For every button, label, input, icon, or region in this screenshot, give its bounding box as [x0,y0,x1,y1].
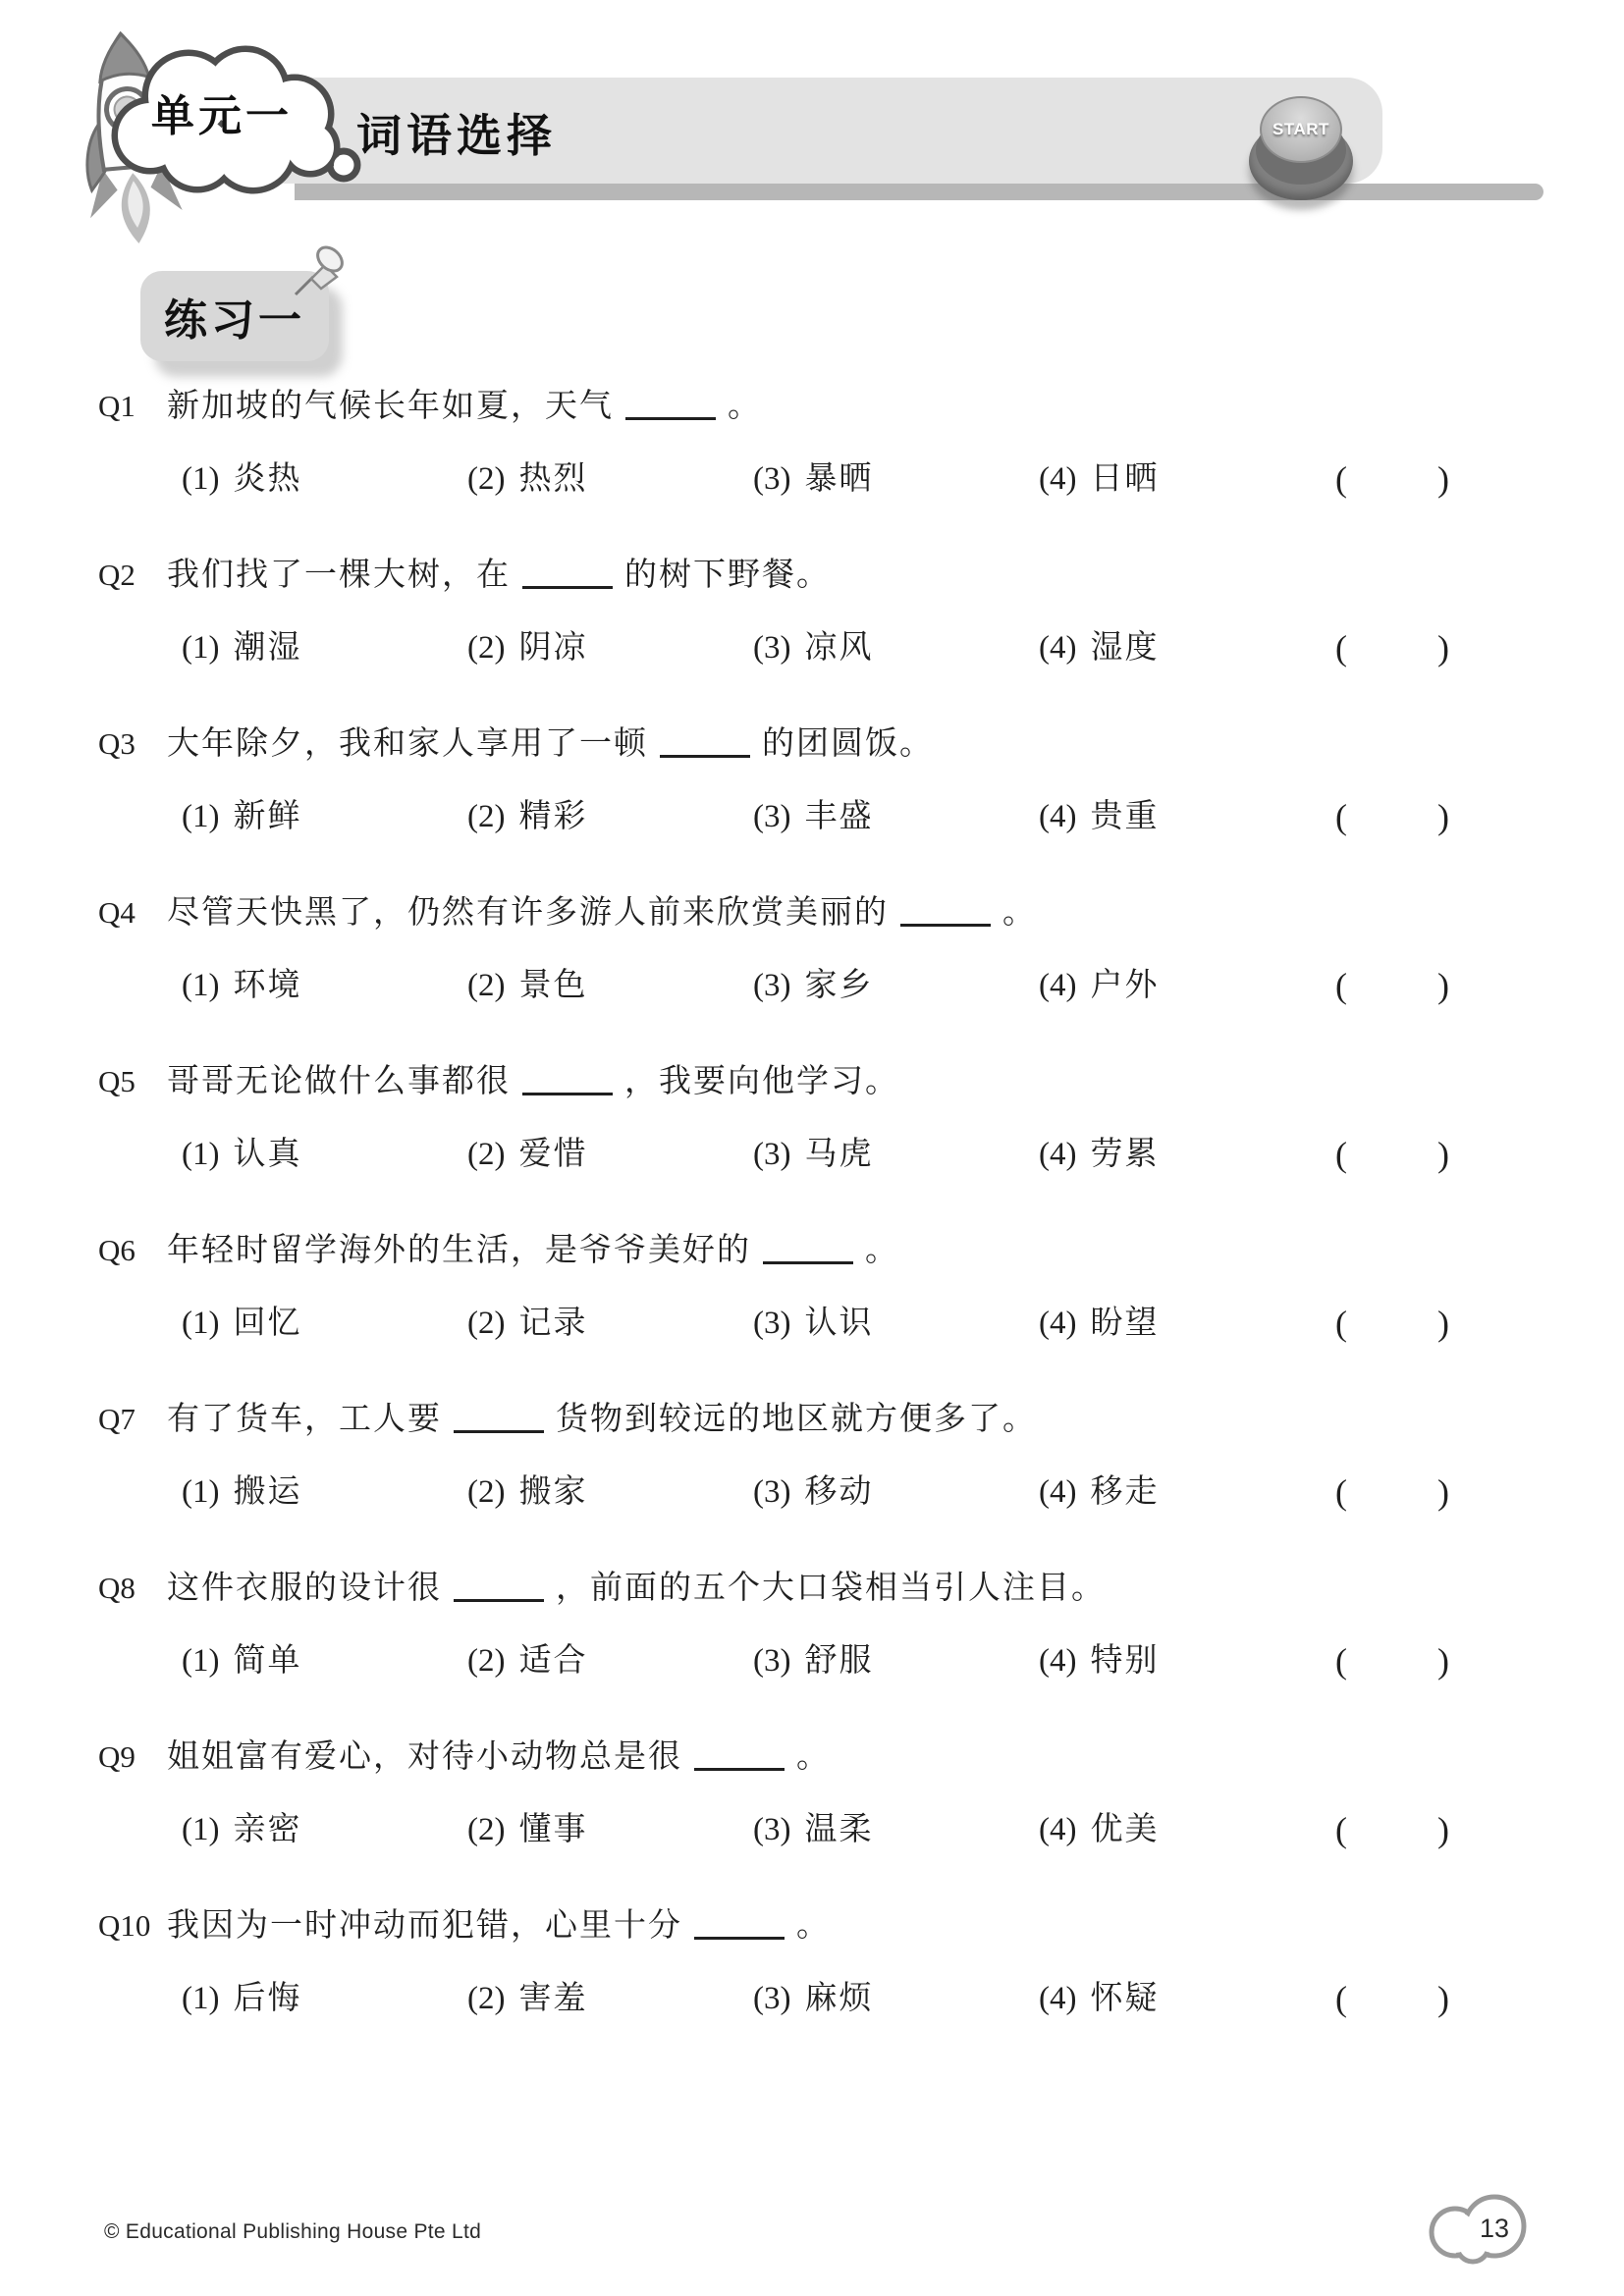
option-label: 潮湿 [233,630,301,666]
option-3[interactable]: (3)舒服 [753,1637,873,1684]
answer-paren-close: ) [1437,1468,1449,1516]
question-sentence: Q8 这件衣服的设计很，前面的五个大口袋相当引人注目。 [0,1565,1624,1612]
answer-blank[interactable] [660,744,750,758]
option-label: 移走 [1090,1474,1159,1510]
answer-paren-open: ( [1335,455,1347,503]
answer-blank[interactable] [522,1082,613,1095]
option-label: 懂事 [518,1812,587,1847]
answer-box[interactable]: ( ) [1335,1300,1449,1347]
option-number: (2) [467,1981,505,2016]
option-4[interactable]: (4)户外 [1039,962,1159,1009]
options-row: (1)潮湿 (2)阴凉 (3)凉风 (4)湿度 ( ) [0,624,1624,671]
question-pre: 尽管天快黑了，仍然有许多游人前来欣赏美丽的 [167,895,889,931]
option-number: (2) [467,1306,505,1341]
answer-paren-open: ( [1335,1468,1347,1516]
option-number: (4) [1039,1643,1076,1679]
answer-paren-close: ) [1437,1637,1449,1684]
option-3[interactable]: (3)凉风 [753,624,873,671]
option-label: 怀疑 [1090,1981,1159,2016]
answer-box[interactable]: ( ) [1335,962,1449,1009]
option-4[interactable]: (4)盼望 [1039,1300,1159,1347]
option-number: (1) [182,1812,219,1847]
unit-cloud-bubble: 单元一 [96,37,371,204]
worksheet-page: 3. 词语选择 [0,0,1624,2296]
options-row: (1)新鲜 (2)精彩 (3)丰盛 (4)贵重 ( ) [0,793,1624,840]
question-id: Q2 [98,552,135,599]
option-label: 贵重 [1090,799,1159,834]
option-2[interactable]: (2)害羞 [467,1975,587,2022]
question-post: ，我要向他学习。 [624,1064,899,1099]
option-label: 特别 [1090,1643,1159,1679]
option-label: 认识 [804,1306,873,1341]
question-id: Q1 [98,383,135,430]
option-number: (3) [753,1137,790,1172]
option-3[interactable]: (3)家乡 [753,962,873,1009]
options-row: (1)后悔 (2)害羞 (3)麻烦 (4)怀疑 ( ) [0,1975,1624,2022]
answer-box[interactable]: ( ) [1335,1637,1449,1684]
answer-paren-open: ( [1335,1637,1347,1684]
option-number: (1) [182,1643,219,1679]
answer-paren-close: ) [1437,455,1449,503]
question-post: 。 [728,389,762,424]
option-label: 热烈 [518,461,587,497]
question-id: Q10 [98,1902,150,1949]
option-number: (4) [1039,630,1076,666]
question-row: Q2 我们找了一棵大树，在的树下野餐。 (1)潮湿 (2)阴凉 (3)凉风 (4… [0,552,1624,671]
option-3[interactable]: (3)马虎 [753,1131,873,1178]
option-number: (3) [753,1981,790,2016]
answer-paren-close: ) [1437,1131,1449,1178]
option-label: 凉风 [804,630,873,666]
option-number: (1) [182,1981,219,2016]
page-number: 13 [1480,2214,1509,2243]
question-sentence: Q3 大年除夕，我和家人享用了一顿的团圆饭。 [0,721,1624,768]
option-label: 景色 [518,968,587,1003]
option-number: (4) [1039,799,1076,834]
option-1[interactable]: (1)潮湿 [182,624,301,671]
option-label: 搬家 [518,1474,587,1510]
option-1[interactable]: (1)搬运 [182,1468,301,1516]
question-sentence: Q10 我因为一时冲动而犯错，心里十分。 [0,1902,1624,1949]
option-2[interactable]: (2)懂事 [467,1806,587,1853]
question-pre: 年轻时留学海外的生活，是爷爷美好的 [167,1233,751,1268]
option-number: (4) [1039,968,1076,1003]
option-number: (2) [467,461,505,497]
option-1[interactable]: (1)环境 [182,962,301,1009]
option-label: 盼望 [1090,1306,1159,1341]
option-4[interactable]: (4)湿度 [1039,624,1159,671]
answer-box[interactable]: ( ) [1335,1806,1449,1853]
answer-blank[interactable] [625,406,716,420]
option-number: (2) [467,968,505,1003]
option-number: (2) [467,1812,505,1847]
option-number: (1) [182,968,219,1003]
option-number: (3) [753,461,790,497]
start-button-cap: START [1260,96,1342,163]
question-row: Q7 有了货车，工人要货物到较远的地区就方便多了。 (1)搬运 (2)搬家 (3… [0,1396,1624,1516]
option-number: (1) [182,1474,219,1510]
option-number: (1) [182,799,219,834]
option-label: 马虎 [804,1137,873,1172]
options-row: (1)搬运 (2)搬家 (3)移动 (4)移走 ( ) [0,1468,1624,1516]
question-post: ，前面的五个大口袋相当引人注目。 [556,1571,1106,1606]
answer-paren-open: ( [1335,1806,1347,1853]
option-number: (1) [182,1137,219,1172]
option-number: (2) [467,1474,505,1510]
question-row: Q5 哥哥无论做什么事都很，我要向他学习。 (1)认真 (2)爱惜 (3)马虎 … [0,1058,1624,1178]
option-number: (3) [753,1474,790,1510]
options-row: (1)认真 (2)爱惜 (3)马虎 (4)劳累 ( ) [0,1131,1624,1178]
question-id: Q6 [98,1227,135,1274]
header-band-shadow [295,184,1543,200]
option-label: 优美 [1090,1812,1159,1847]
option-2[interactable]: (2)爱惜 [467,1131,587,1178]
page-number-cloud: 13 [1422,2183,1536,2268]
answer-paren-open: ( [1335,1975,1347,2022]
option-number: (3) [753,1812,790,1847]
option-label: 记录 [518,1306,587,1341]
option-label: 温柔 [804,1812,873,1847]
answer-box[interactable]: ( ) [1335,455,1449,503]
answer-paren-close: ) [1437,793,1449,840]
option-3[interactable]: (3)丰盛 [753,793,873,840]
option-label: 移动 [804,1474,873,1510]
answer-paren-close: ) [1437,1300,1449,1347]
option-2[interactable]: (2)阴凉 [467,624,587,671]
options-row: (1)亲密 (2)懂事 (3)温柔 (4)优美 ( ) [0,1806,1624,1853]
question-pre: 新加坡的气候长年如夏，天气 [167,389,614,424]
options-row: (1)简单 (2)适合 (3)舒服 (4)特别 ( ) [0,1637,1624,1684]
question-pre: 哥哥无论做什么事都很 [167,1064,511,1099]
question-sentence: Q6 年轻时留学海外的生活，是爷爷美好的。 [0,1227,1624,1274]
question-post: 。 [1002,895,1037,931]
option-2[interactable]: (2)搬家 [467,1468,587,1516]
option-number: (4) [1039,1137,1076,1172]
option-2[interactable]: (2)景色 [467,962,587,1009]
answer-blank[interactable] [763,1251,853,1264]
option-number: (1) [182,461,219,497]
option-4[interactable]: (4)怀疑 [1039,1975,1159,2022]
question-row: Q10 我因为一时冲动而犯错，心里十分。 (1)后悔 (2)害羞 (3)麻烦 (… [0,1902,1624,2022]
question-post: 。 [796,1908,831,1944]
question-post: 的树下野餐。 [624,558,831,593]
option-label: 认真 [233,1137,301,1172]
question-post: 的团圆饭。 [762,726,934,762]
option-1[interactable]: (1)炎热 [182,455,301,503]
option-label: 爱惜 [518,1137,587,1172]
option-1[interactable]: (1)亲密 [182,1806,301,1853]
option-2[interactable]: (2)精彩 [467,793,587,840]
option-4[interactable]: (4)优美 [1039,1806,1159,1853]
option-1[interactable]: (1)回忆 [182,1300,301,1347]
option-label: 环境 [233,968,301,1003]
option-3[interactable]: (3)麻烦 [753,1975,873,2022]
question-id: Q4 [98,889,135,936]
option-label: 暴晒 [804,461,873,497]
option-label: 新鲜 [233,799,301,834]
question-id: Q8 [98,1565,135,1612]
option-number: (2) [467,1643,505,1679]
question-row: Q8 这件衣服的设计很，前面的五个大口袋相当引人注目。 (1)简单 (2)适合 … [0,1565,1624,1684]
answer-paren-open: ( [1335,1300,1347,1347]
options-row: (1)回忆 (2)记录 (3)认识 (4)盼望 ( ) [0,1300,1624,1347]
answer-paren-open: ( [1335,962,1347,1009]
question-row: Q9 姐姐富有爱心，对待小动物总是很。 (1)亲密 (2)懂事 (3)温柔 (4… [0,1734,1624,1853]
option-1[interactable]: (1)简单 [182,1637,301,1684]
option-1[interactable]: (1)后悔 [182,1975,301,2022]
copyright-text: © Educational Publishing House Pte Ltd [104,2220,481,2244]
answer-blank[interactable] [454,1419,544,1433]
unit-label: 单元一 [96,37,348,187]
answer-paren-close: ) [1437,1975,1449,2022]
question-sentence: Q2 我们找了一棵大树，在的树下野餐。 [0,552,1624,599]
option-number: (3) [753,968,790,1003]
option-4[interactable]: (4)贵重 [1039,793,1159,840]
pushpin-icon [288,240,349,300]
option-4[interactable]: (4)劳累 [1039,1131,1159,1178]
option-label: 回忆 [233,1306,301,1341]
option-3[interactable]: (3)温柔 [753,1806,873,1853]
option-number: (2) [467,630,505,666]
option-label: 亲密 [233,1812,301,1847]
answer-box[interactable]: ( ) [1335,793,1449,840]
question-sentence: Q5 哥哥无论做什么事都很，我要向他学习。 [0,1058,1624,1105]
question-row: Q4 尽管天快黑了，仍然有许多游人前来欣赏美丽的。 (1)环境 (2)景色 (3… [0,889,1624,1009]
answer-box[interactable]: ( ) [1335,1468,1449,1516]
answer-paren-close: ) [1437,1806,1449,1853]
answer-blank[interactable] [694,1757,785,1771]
question-row: Q1 新加坡的气候长年如夏，天气。 (1)炎热 (2)热烈 (3)暴晒 (4)日… [0,383,1624,503]
option-label: 阴凉 [518,630,587,666]
answer-box[interactable]: ( ) [1335,1975,1449,2022]
option-label: 丰盛 [804,799,873,834]
option-4[interactable]: (4)移走 [1039,1468,1159,1516]
option-number: (4) [1039,1474,1076,1510]
option-4[interactable]: (4)日晒 [1039,455,1159,503]
question-pre: 我因为一时冲动而犯错，心里十分 [167,1908,682,1944]
question-post: 货物到较远的地区就方便多了。 [556,1402,1037,1437]
answer-paren-open: ( [1335,793,1347,840]
answer-paren-open: ( [1335,1131,1347,1178]
option-3[interactable]: (3)暴晒 [753,455,873,503]
option-4[interactable]: (4)特别 [1039,1637,1159,1684]
answer-box[interactable]: ( ) [1335,624,1449,671]
question-id: Q3 [98,721,135,768]
option-number: (4) [1039,1306,1076,1341]
option-number: (2) [467,1137,505,1172]
question-post: 。 [796,1739,831,1775]
option-label: 舒服 [804,1643,873,1679]
options-row: (1)炎热 (2)热烈 (3)暴晒 (4)日晒 ( ) [0,455,1624,503]
question-post: 。 [865,1233,899,1268]
option-number: (4) [1039,1981,1076,2016]
option-label: 害羞 [518,1981,587,2016]
option-label: 湿度 [1090,630,1159,666]
question-sentence: Q9 姐姐富有爱心，对待小动物总是很。 [0,1734,1624,1781]
answer-blank[interactable] [522,575,613,589]
option-2[interactable]: (2)适合 [467,1637,587,1684]
option-number: (3) [753,630,790,666]
option-number: (1) [182,630,219,666]
option-label: 精彩 [518,799,587,834]
option-number: (2) [467,799,505,834]
option-3[interactable]: (3)移动 [753,1468,873,1516]
question-sentence: Q1 新加坡的气候长年如夏，天气。 [0,383,1624,430]
option-label: 搬运 [233,1474,301,1510]
option-number: (3) [753,799,790,834]
question-pre: 有了货车，工人要 [167,1402,442,1437]
option-1[interactable]: (1)认真 [182,1131,301,1178]
answer-paren-close: ) [1437,624,1449,671]
question-pre: 这件衣服的设计很 [167,1571,442,1606]
option-number: (3) [753,1643,790,1679]
option-label: 家乡 [804,968,873,1003]
option-label: 炎热 [233,461,301,497]
questions-list: Q1 新加坡的气候长年如夏，天气。 (1)炎热 (2)热烈 (3)暴晒 (4)日… [0,383,1624,2071]
answer-box[interactable]: ( ) [1335,1131,1449,1178]
question-sentence: Q4 尽管天快黑了，仍然有许多游人前来欣赏美丽的。 [0,889,1624,936]
option-number: (1) [182,1306,219,1341]
start-button-label: START [1272,120,1329,139]
question-id: Q9 [98,1734,135,1781]
option-label: 简单 [233,1643,301,1679]
option-1[interactable]: (1)新鲜 [182,793,301,840]
option-label: 麻烦 [804,1981,873,2016]
question-sentence: Q7 有了货车，工人要货物到较远的地区就方便多了。 [0,1396,1624,1443]
answer-paren-close: ) [1437,962,1449,1009]
answer-blank[interactable] [454,1588,544,1602]
option-label: 劳累 [1090,1137,1159,1172]
answer-blank[interactable] [900,913,991,927]
options-row: (1)环境 (2)景色 (3)家乡 (4)户外 ( ) [0,962,1624,1009]
option-number: (4) [1039,1812,1076,1847]
option-2[interactable]: (2)热烈 [467,455,587,503]
option-3[interactable]: (3)认识 [753,1300,873,1347]
option-number: (3) [753,1306,790,1341]
option-label: 后悔 [233,1981,301,2016]
option-number: (4) [1039,461,1076,497]
question-id: Q5 [98,1058,135,1105]
option-label: 适合 [518,1643,587,1679]
answer-blank[interactable] [694,1926,785,1940]
question-pre: 姐姐富有爱心，对待小动物总是很 [167,1739,682,1775]
option-2[interactable]: (2)记录 [467,1300,587,1347]
question-row: Q6 年轻时留学海外的生活，是爷爷美好的。 (1)回忆 (2)记录 (3)认识 … [0,1227,1624,1347]
question-id: Q7 [98,1396,135,1443]
option-label: 日晒 [1090,461,1159,497]
option-label: 户外 [1090,968,1159,1003]
question-pre: 我们找了一棵大树，在 [167,558,511,593]
answer-paren-open: ( [1335,624,1347,671]
question-pre: 大年除夕，我和家人享用了一顿 [167,726,648,762]
question-row: Q3 大年除夕，我和家人享用了一顿的团圆饭。 (1)新鲜 (2)精彩 (3)丰盛… [0,721,1624,840]
start-button[interactable]: START [1249,96,1353,202]
